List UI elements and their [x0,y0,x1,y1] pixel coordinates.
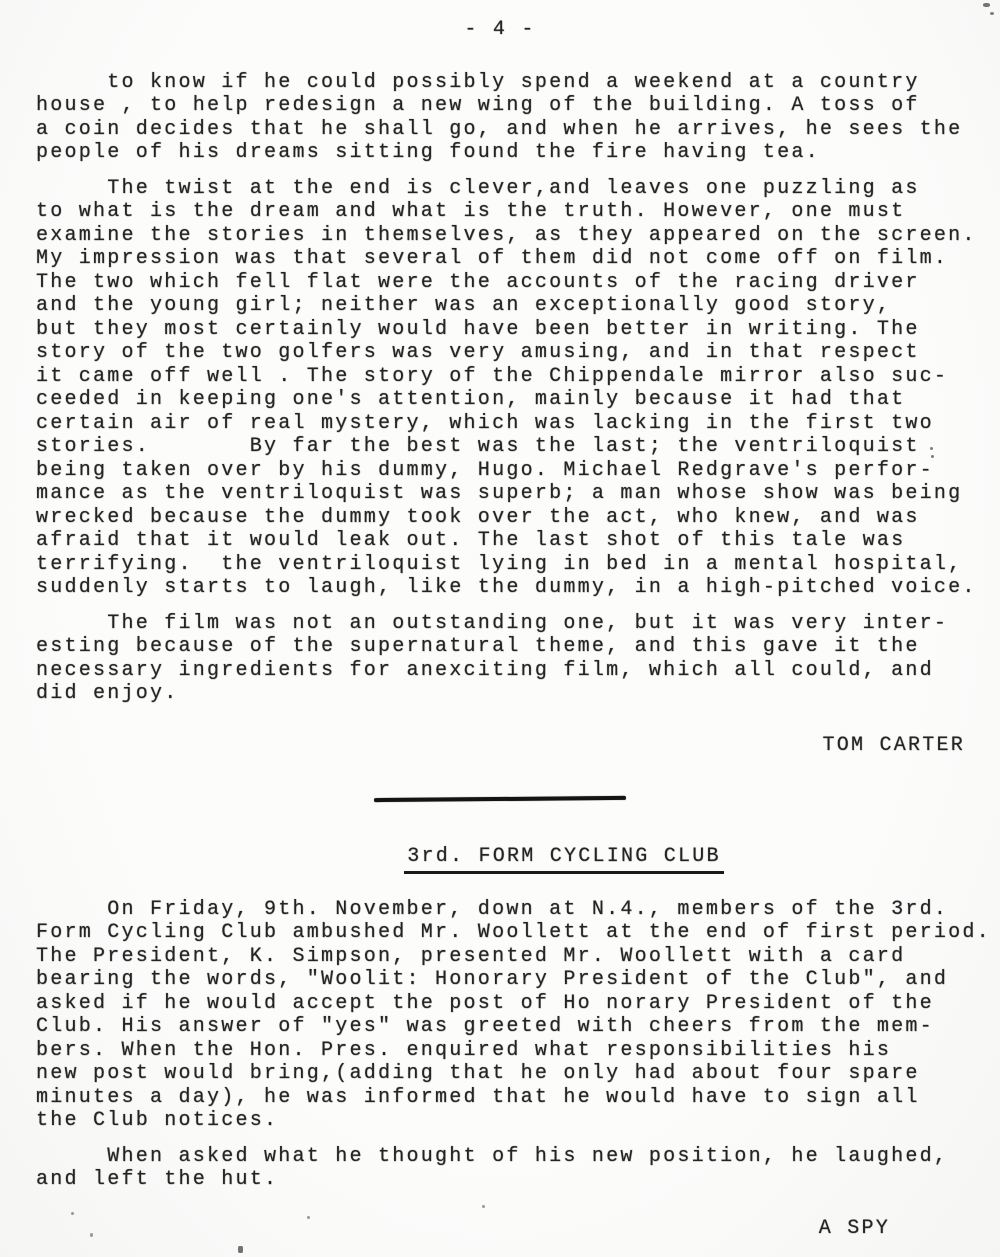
scanned-newsletter-page: - 4 - to know if he could possibly spend… [0,0,1000,1257]
cycling-club-heading-wrap: 3rd. FORM CYCLING CLUB [0,845,1000,874]
cycling-club-paragraph-1: On Friday, 9th. November, down at N.4., … [36,898,1000,1133]
page-number: - 4 - [0,18,1000,42]
scan-speck [990,12,994,15]
scan-speck [238,1246,243,1253]
cycling-club-section: 3rd. FORM CYCLING CLUB On Friday, 9th. N… [0,845,1000,1240]
scan-speck [931,455,934,458]
scan-speck [482,1205,485,1208]
scan-speck [307,1216,310,1219]
scan-speck [71,1212,74,1215]
film-review-section: to know if he could possibly spend a wee… [0,71,1000,758]
scan-speck [90,1233,93,1237]
cycling-club-paragraph-2: When asked what he thought of his new po… [36,1145,1000,1192]
section-divider-rule [374,796,626,802]
scan-speck [983,3,990,7]
cycling-club-author-signature: A SPY [0,1217,1000,1241]
cycling-club-heading: 3rd. FORM CYCLING CLUB [404,845,724,874]
film-review-paragraph-3: The film was not an outstanding one, but… [36,612,1000,706]
scan-speck [930,447,933,450]
film-review-author-signature: TOM CARTER [0,734,1000,758]
film-review-paragraph-2: The twist at the end is clever,and leave… [36,177,1000,600]
film-review-paragraph-1: to know if he could possibly spend a wee… [36,71,1000,165]
